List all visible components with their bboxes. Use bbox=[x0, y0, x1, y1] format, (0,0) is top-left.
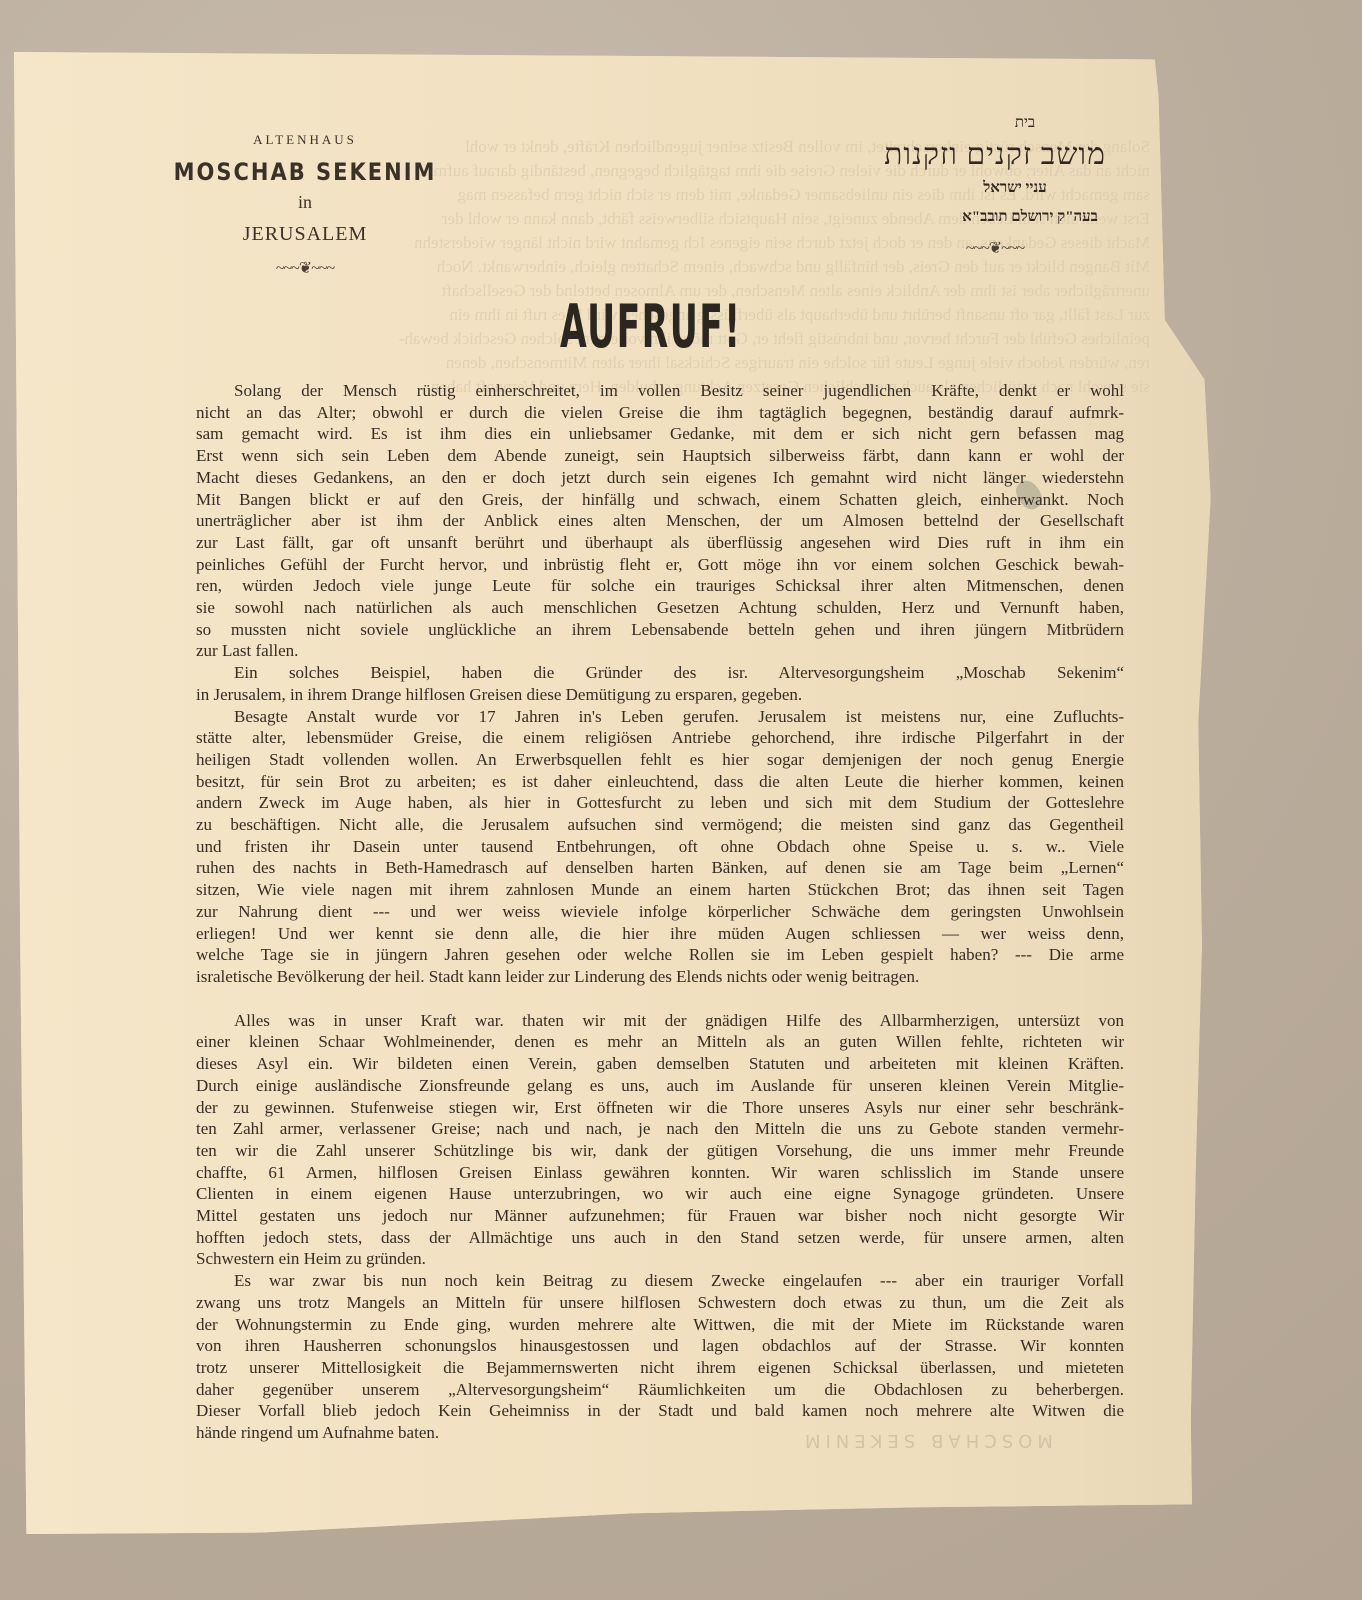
text-line: sam gemacht wird. Es ist ihm dies ein un… bbox=[196, 423, 1124, 445]
body-text: Solang der Mensch rüstig einherschreitet… bbox=[196, 380, 1124, 1444]
text-line: heiligen Stadt vollenden wollen. An Erwe… bbox=[196, 749, 1124, 771]
text-line: und fristen ihr Dasein unter tausend Ent… bbox=[196, 836, 1124, 858]
text-line: Mittel gestaten uns jedoch nur Männer au… bbox=[196, 1205, 1124, 1227]
text-line: Durch einige ausländische Zionsfreunde g… bbox=[196, 1075, 1124, 1097]
hebrew-beit: בית bbox=[920, 115, 1130, 132]
text-line: zur Nahrung dient --- und wer weiss wiev… bbox=[196, 901, 1124, 923]
hebrew-subtitle: עניי ישראל bbox=[900, 180, 1130, 197]
text-line: Es war zwar bis nun noch kein Beitrag zu… bbox=[196, 1270, 1124, 1292]
paragraph: Alles was in unser Kraft war. thaten wir… bbox=[196, 1010, 1124, 1270]
text-line: von ihren Hausherren schonungslos hinaus… bbox=[196, 1335, 1124, 1357]
header-label: ALTENHAUS bbox=[160, 132, 450, 148]
text-line: hände ringend um Aufnahme baten. bbox=[196, 1422, 1124, 1444]
paragraph: Besagte Anstalt wurde vor 17 Jahren in's… bbox=[196, 706, 1124, 988]
paragraph: Es war zwar bis nun noch kein Beitrag zu… bbox=[196, 1270, 1124, 1444]
text-line: Erst wenn sich sein Leben dem Abende zun… bbox=[196, 445, 1124, 467]
text-line: der zu gewinnen. Stufenweise stiegen wir… bbox=[196, 1097, 1124, 1119]
header-left: ALTENHAUS MOSCHAB SEKENIM in JERUSALEM ~… bbox=[160, 132, 450, 278]
header-city: JERUSALEM bbox=[160, 223, 450, 246]
text-line: ruhen des nachts in Beth-Hamedrasch auf … bbox=[196, 857, 1124, 879]
text-line: israletische Bevölkerung der heil. Stadt… bbox=[196, 966, 1124, 988]
text-line: welche Tage sie in jüngern Jahren gesehe… bbox=[196, 944, 1124, 966]
text-line: ren, würden Jedoch viele junge Leute für… bbox=[196, 575, 1124, 597]
text-line: Ein solches Beispiel, haben die Gründer … bbox=[196, 662, 1124, 684]
text-line: peinliches Gefühl der Furcht hervor, und… bbox=[196, 554, 1124, 576]
text-line: dieses Asyl ein. Wir bildeten einen Vere… bbox=[196, 1053, 1124, 1075]
paragraph: Ein solches Beispiel, haben die Gründer … bbox=[196, 662, 1124, 705]
text-line: sitzen, Wie viele nagen mit ihrem zahnlo… bbox=[196, 879, 1124, 901]
text-line: besitzt, für sein Brot zu arbeiten; es i… bbox=[196, 771, 1124, 793]
text-line: nicht an das Alter; obwohl er durch die … bbox=[196, 402, 1124, 424]
text-line: zwang uns trotz Mangels an Mitteln für u… bbox=[196, 1292, 1124, 1314]
hebrew-location: בעה"ק ירושלם תובב"א bbox=[930, 209, 1130, 226]
text-line: ten Zahl armer, verlassener Greise; nach… bbox=[196, 1118, 1124, 1140]
document-title: AUFRUF! bbox=[560, 292, 741, 362]
header-preposition: in bbox=[160, 192, 450, 213]
text-line: Solang der Mensch rüstig einherschreitet… bbox=[196, 380, 1124, 402]
text-line: Besagte Anstalt wurde vor 17 Jahren in's… bbox=[196, 706, 1124, 728]
text-line: Alles was in unser Kraft war. thaten wir… bbox=[196, 1010, 1124, 1032]
text-line: zu beschäftigen. Nicht alle, die Jerusal… bbox=[196, 814, 1124, 836]
text-line: zur Last fällt, gar oft unsanft berührt … bbox=[196, 532, 1124, 554]
text-line: daher gegenüber unserem „Altervesorgungs… bbox=[196, 1379, 1124, 1401]
text-line: unerträglicher aber ist ihm der Anblick … bbox=[196, 510, 1124, 532]
text-line: zur Last fallen. bbox=[196, 640, 1124, 662]
hebrew-institution-name: מושב זקנים וזקנות bbox=[860, 138, 1130, 172]
institution-name: MOSCHAB SEKENIM bbox=[160, 158, 450, 186]
text-line: stätte alter, lebensmüder Greise, die ei… bbox=[196, 727, 1124, 749]
text-line: Dieser Vorfall blieb jedoch Kein Geheimn… bbox=[196, 1400, 1124, 1422]
text-line: in Jerusalem, in ihrem Drange hilflosen … bbox=[196, 684, 1124, 706]
text-line: Mit Bangen blickt er auf den Greis, der … bbox=[196, 489, 1124, 511]
text-line: Clienten in einem eigenen Hause unterzub… bbox=[196, 1183, 1124, 1205]
ornament-icon: ~~~❦~~~ bbox=[160, 258, 450, 278]
text-line: Macht dieses Gedankens, an den er doch j… bbox=[196, 467, 1124, 489]
text-line: chaffte, 61 Armen, hilflosen Greisen Ein… bbox=[196, 1162, 1124, 1184]
text-line: trotz unserer Mittellosigkeit die Bejamm… bbox=[196, 1357, 1124, 1379]
text-line: Schwestern ein Heim zu gründen. bbox=[196, 1248, 1124, 1270]
paragraph: Solang der Mensch rüstig einherschreitet… bbox=[196, 380, 1124, 662]
paragraph-gap bbox=[196, 988, 1124, 1010]
text-line: hofften jedoch stets, dass der Allmächti… bbox=[196, 1227, 1124, 1249]
text-line: einer kleinen Schaar Wohlmeinender, dene… bbox=[196, 1031, 1124, 1053]
text-line: so mussten nicht soviele unglückliche an… bbox=[196, 619, 1124, 641]
text-line: ten wir die Zahl unserer Schützlinge bis… bbox=[196, 1140, 1124, 1162]
text-line: erliegen! Und wer kennt sie denn alle, d… bbox=[196, 923, 1124, 945]
header-right-hebrew: בית מושב זקנים וזקנות עניי ישראל בעה"ק י… bbox=[860, 115, 1130, 258]
text-line: sie sowohl nach natürlichen als auch men… bbox=[196, 597, 1124, 619]
ornament-icon: ~~~❦~~~ bbox=[860, 238, 1130, 258]
text-line: andern Zweck im Auge haben, als hier in … bbox=[196, 792, 1124, 814]
text-line: der Wohnungstermin zu Ende ging, wurden … bbox=[196, 1314, 1124, 1336]
